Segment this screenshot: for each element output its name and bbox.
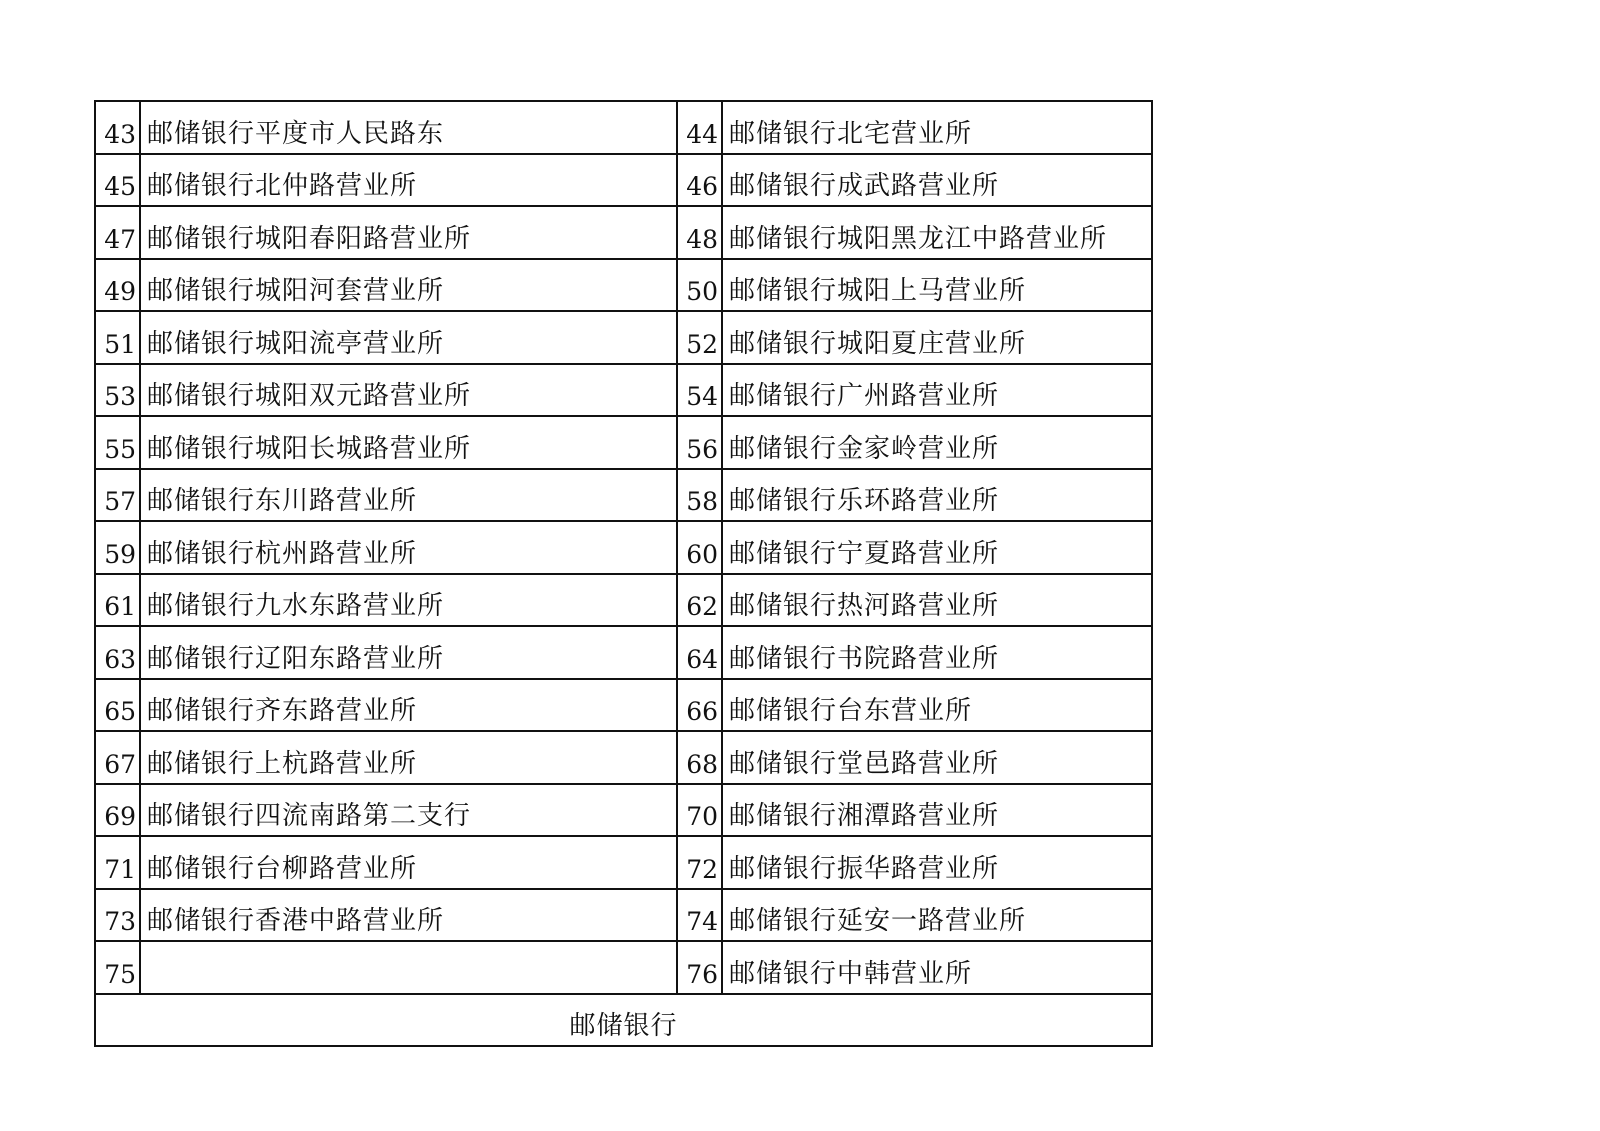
right-number-cell: 46 — [677, 154, 722, 207]
table-row: 69 邮储银行四流南路第二支行 70 邮储银行湘潭路营业所 — [95, 784, 1152, 837]
left-number-cell: 63 — [95, 626, 140, 679]
left-number-cell: 45 — [95, 154, 140, 207]
left-number-cell: 57 — [95, 469, 140, 522]
table-footer-row: 邮储银行 — [95, 994, 1152, 1047]
table-row: 55 邮储银行城阳长城路营业所 56 邮储银行金家岭营业所 — [95, 416, 1152, 469]
right-name-cell: 邮储银行堂邑路营业所 — [722, 731, 1152, 784]
right-number-cell: 68 — [677, 731, 722, 784]
right-name-cell: 邮储银行延安一路营业所 — [722, 889, 1152, 942]
right-name-cell: 邮储银行城阳上马营业所 — [722, 259, 1152, 312]
left-name-cell — [140, 941, 677, 994]
left-name-cell: 邮储银行香港中路营业所 — [140, 889, 677, 942]
table-row: 65 邮储银行齐东路营业所 66 邮储银行台东营业所 — [95, 679, 1152, 732]
left-number-cell: 49 — [95, 259, 140, 312]
right-name-cell: 邮储银行湘潭路营业所 — [722, 784, 1152, 837]
right-number-cell: 54 — [677, 364, 722, 417]
left-name-cell: 邮储银行城阳河套营业所 — [140, 259, 677, 312]
right-number-cell: 62 — [677, 574, 722, 627]
table-row: 45 邮储银行北仲路营业所 46 邮储银行成武路营业所 — [95, 154, 1152, 207]
left-name-cell: 邮储银行四流南路第二支行 — [140, 784, 677, 837]
table-row: 57 邮储银行东川路营业所 58 邮储银行乐环路营业所 — [95, 469, 1152, 522]
right-name-cell: 邮储银行宁夏路营业所 — [722, 521, 1152, 574]
right-name-cell: 邮储银行中韩营业所 — [722, 941, 1152, 994]
table-row: 75 76 邮储银行中韩营业所 — [95, 941, 1152, 994]
right-number-cell: 60 — [677, 521, 722, 574]
table-footer-cell: 邮储银行 — [95, 994, 1152, 1047]
left-number-cell: 53 — [95, 364, 140, 417]
left-number-cell: 75 — [95, 941, 140, 994]
right-name-cell: 邮储银行成武路营业所 — [722, 154, 1152, 207]
right-name-cell: 邮储银行广州路营业所 — [722, 364, 1152, 417]
right-number-cell: 52 — [677, 311, 722, 364]
table-row: 67 邮储银行上杭路营业所 68 邮储银行堂邑路营业所 — [95, 731, 1152, 784]
left-name-cell: 邮储银行平度市人民路东 — [140, 101, 677, 154]
left-name-cell: 邮储银行九水东路营业所 — [140, 574, 677, 627]
left-number-cell: 69 — [95, 784, 140, 837]
right-name-cell: 邮储银行乐环路营业所 — [722, 469, 1152, 522]
right-number-cell: 70 — [677, 784, 722, 837]
left-name-cell: 邮储银行北仲路营业所 — [140, 154, 677, 207]
table-row: 61 邮储银行九水东路营业所 62 邮储银行热河路营业所 — [95, 574, 1152, 627]
left-number-cell: 67 — [95, 731, 140, 784]
left-name-cell: 邮储银行齐东路营业所 — [140, 679, 677, 732]
table-row: 49 邮储银行城阳河套营业所 50 邮储银行城阳上马营业所 — [95, 259, 1152, 312]
table-row: 51 邮储银行城阳流亭营业所 52 邮储银行城阳夏庄营业所 — [95, 311, 1152, 364]
table-row: 47 邮储银行城阳春阳路营业所 48 邮储银行城阳黑龙江中路营业所 — [95, 206, 1152, 259]
table-row: 73 邮储银行香港中路营业所 74 邮储银行延安一路营业所 — [95, 889, 1152, 942]
right-number-cell: 66 — [677, 679, 722, 732]
right-number-cell: 44 — [677, 101, 722, 154]
left-number-cell: 47 — [95, 206, 140, 259]
right-number-cell: 72 — [677, 836, 722, 889]
right-name-cell: 邮储银行热河路营业所 — [722, 574, 1152, 627]
left-number-cell: 71 — [95, 836, 140, 889]
left-number-cell: 73 — [95, 889, 140, 942]
table-row: 43 邮储银行平度市人民路东 44 邮储银行北宅营业所 — [95, 101, 1152, 154]
right-number-cell: 64 — [677, 626, 722, 679]
right-name-cell: 邮储银行北宅营业所 — [722, 101, 1152, 154]
right-name-cell: 邮储银行城阳黑龙江中路营业所 — [722, 206, 1152, 259]
left-name-cell: 邮储银行城阳双元路营业所 — [140, 364, 677, 417]
right-name-cell: 邮储银行书院路营业所 — [722, 626, 1152, 679]
left-name-cell: 邮储银行东川路营业所 — [140, 469, 677, 522]
right-number-cell: 76 — [677, 941, 722, 994]
left-name-cell: 邮储银行城阳春阳路营业所 — [140, 206, 677, 259]
left-name-cell: 邮储银行台柳路营业所 — [140, 836, 677, 889]
left-name-cell: 邮储银行上杭路营业所 — [140, 731, 677, 784]
table-row: 71 邮储银行台柳路营业所 72 邮储银行振华路营业所 — [95, 836, 1152, 889]
left-number-cell: 55 — [95, 416, 140, 469]
left-number-cell: 43 — [95, 101, 140, 154]
left-name-cell: 邮储银行城阳长城路营业所 — [140, 416, 677, 469]
left-name-cell: 邮储银行杭州路营业所 — [140, 521, 677, 574]
table-body: 43 邮储银行平度市人民路东 44 邮储银行北宅营业所 45 邮储银行北仲路营业… — [95, 101, 1152, 1046]
left-number-cell: 51 — [95, 311, 140, 364]
right-number-cell: 58 — [677, 469, 722, 522]
right-number-cell: 56 — [677, 416, 722, 469]
right-name-cell: 邮储银行振华路营业所 — [722, 836, 1152, 889]
left-name-cell: 邮储银行辽阳东路营业所 — [140, 626, 677, 679]
right-number-cell: 48 — [677, 206, 722, 259]
right-name-cell: 邮储银行金家岭营业所 — [722, 416, 1152, 469]
left-number-cell: 59 — [95, 521, 140, 574]
right-name-cell: 邮储银行城阳夏庄营业所 — [722, 311, 1152, 364]
left-number-cell: 61 — [95, 574, 140, 627]
branch-list-table: 43 邮储银行平度市人民路东 44 邮储银行北宅营业所 45 邮储银行北仲路营业… — [94, 100, 1153, 1047]
table-row: 63 邮储银行辽阳东路营业所 64 邮储银行书院路营业所 — [95, 626, 1152, 679]
table-row: 59 邮储银行杭州路营业所 60 邮储银行宁夏路营业所 — [95, 521, 1152, 574]
left-number-cell: 65 — [95, 679, 140, 732]
right-number-cell: 50 — [677, 259, 722, 312]
table-row: 53 邮储银行城阳双元路营业所 54 邮储银行广州路营业所 — [95, 364, 1152, 417]
right-name-cell: 邮储银行台东营业所 — [722, 679, 1152, 732]
left-name-cell: 邮储银行城阳流亭营业所 — [140, 311, 677, 364]
right-number-cell: 74 — [677, 889, 722, 942]
